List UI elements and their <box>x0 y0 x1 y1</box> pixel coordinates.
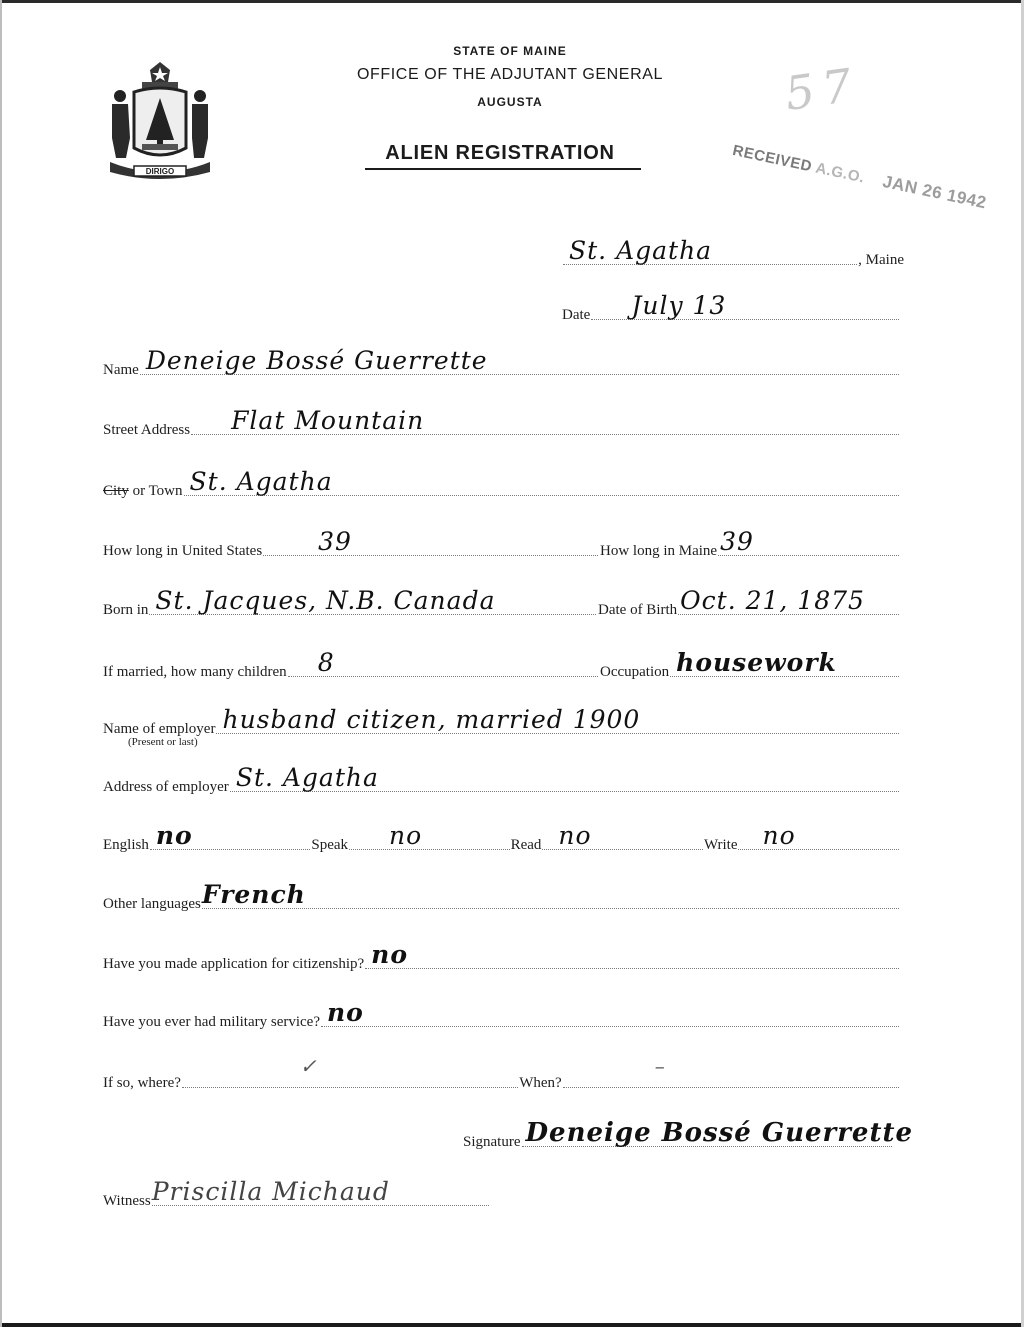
when-value: – <box>655 1051 666 1081</box>
english-value: no <box>156 821 193 851</box>
stamp-office: A.G.O. <box>814 160 866 187</box>
citizenship-value: no <box>371 940 408 970</box>
scan-edge-left <box>0 0 2 1327</box>
employer-address-label: Address of employer <box>103 779 229 795</box>
speak-value: no <box>389 821 422 851</box>
street-address-field[interactable]: Flat Mountain <box>191 418 899 435</box>
place-value: St. Agatha <box>569 236 712 266</box>
born-in-label: Born in <box>103 602 148 618</box>
date-value: July 13 <box>631 291 726 321</box>
scan-edge-bottom <box>0 1323 1024 1327</box>
city-value: St. Agatha <box>190 467 333 497</box>
employer-name-sublabel: (Present or last) <box>128 736 198 748</box>
other-languages-row: Other languages French <box>103 882 900 912</box>
file-number: 57 <box>782 57 863 121</box>
other-languages-field[interactable]: French <box>202 892 899 909</box>
employer-address-field[interactable]: St. Agatha <box>230 775 899 792</box>
name-field[interactable]: Deneige Bossé Guerrette <box>140 358 899 375</box>
signature-value: Deneige Bossé Guerrette <box>526 1118 914 1148</box>
dob-label: Date of Birth <box>598 602 677 618</box>
place-row: St. Agatha , Maine <box>562 238 904 268</box>
born-in-field[interactable]: St. Jacques, N.B. Canada <box>149 598 596 615</box>
when-field[interactable]: – <box>563 1071 899 1088</box>
when-label: When? <box>519 1075 561 1091</box>
where-field[interactable]: ✓ <box>182 1071 518 1088</box>
speak-label: Speak <box>311 837 348 853</box>
signature-field[interactable]: Deneige Bossé Guerrette <box>522 1130 893 1147</box>
where-label: If so, where? <box>103 1075 181 1091</box>
language-skills-row: English no Speak no Read no Write no <box>103 823 900 853</box>
born-in-value: St. Jacques, N.B. Canada <box>155 586 495 616</box>
occupation-field[interactable]: housework <box>670 660 899 677</box>
children-label: If married, how many children <box>103 664 287 680</box>
header-office: OFFICE OF THE ADJUTANT GENERAL <box>330 66 690 84</box>
place-suffix: , Maine <box>858 252 904 268</box>
witness-label: Witness <box>103 1193 151 1209</box>
town-label: or Town <box>129 483 183 499</box>
citizenship-field[interactable]: no <box>365 952 899 969</box>
children-row: If married, how many children 8 <box>103 650 599 680</box>
children-field[interactable]: 8 <box>288 660 598 677</box>
city-field[interactable]: St. Agatha <box>184 479 899 496</box>
dob-field[interactable]: Oct. 21, 1875 <box>678 598 899 615</box>
street-address-label: Street Address <box>103 422 190 438</box>
witness-value: Priscilla Michaud <box>152 1177 390 1207</box>
signature-row: Signature Deneige Bossé Guerrette <box>463 1120 893 1150</box>
citizenship-label: Have you made application for citizenshi… <box>103 956 364 972</box>
header-state: STATE OF MAINE <box>330 44 690 58</box>
children-value: 8 <box>318 648 335 678</box>
date-row: Date July 13 <box>562 293 900 323</box>
street-address-value: Flat Mountain <box>231 406 424 436</box>
read-label: Read <box>511 837 542 853</box>
speak-field[interactable]: no <box>349 833 510 850</box>
military-row: Have you ever had military service? no <box>103 1000 900 1030</box>
employer-name-value: husband citizen, married 1900 <box>222 705 640 735</box>
employer-address-value: St. Agatha <box>236 763 379 793</box>
witness-field[interactable]: Priscilla Michaud <box>152 1189 489 1206</box>
read-field[interactable]: no <box>542 833 703 850</box>
employer-address-row: Address of employer St. Agatha <box>103 765 900 795</box>
how-long-maine-value: 39 <box>720 527 754 557</box>
how-long-us-value: 39 <box>318 527 352 557</box>
header-city: AUGUSTA <box>330 95 690 109</box>
occupation-label: Occupation <box>600 664 669 680</box>
other-languages-value: French <box>202 880 306 910</box>
born-in-row: Born in St. Jacques, N.B. Canada <box>103 588 597 618</box>
maine-state-seal-icon: DIRIGO <box>104 58 216 186</box>
write-field[interactable]: no <box>738 833 899 850</box>
received-stamp: RECEIVED A.G.O. JAN 26 1942 <box>731 140 988 213</box>
military-value: no <box>327 998 364 1028</box>
occupation-value: housework <box>676 648 837 678</box>
how-long-maine-label: How long in Maine <box>600 543 717 559</box>
english-field[interactable]: no <box>150 833 311 850</box>
city-label: City or Town <box>103 483 183 499</box>
write-label: Write <box>704 837 738 853</box>
other-languages-label: Other languages <box>103 896 201 912</box>
street-address-row: Street Address Flat Mountain <box>103 408 900 438</box>
read-value: no <box>558 821 591 851</box>
date-field[interactable]: July 13 <box>591 303 899 320</box>
city-row: City or Town St. Agatha <box>103 469 900 499</box>
city-label-struck: City <box>103 483 129 499</box>
military-label: Have you ever had military service? <box>103 1014 320 1030</box>
svg-text:DIRIGO: DIRIGO <box>146 167 174 176</box>
occupation-row: Occupation housework <box>600 650 900 680</box>
stamp-date: JAN 26 1942 <box>881 172 988 213</box>
name-value: Deneige Bossé Guerrette <box>146 346 488 376</box>
name-label: Name <box>103 362 139 378</box>
scan-edge-top <box>0 0 1024 3</box>
how-long-us-row: How long in United States 39 <box>103 529 599 559</box>
how-long-us-field[interactable]: 39 <box>263 539 598 556</box>
write-value: no <box>762 821 795 851</box>
how-long-maine-row: How long in Maine 39 <box>600 529 900 559</box>
how-long-maine-field[interactable]: 39 <box>718 539 899 556</box>
where-when-row: If so, where? ✓ When? – <box>103 1061 900 1091</box>
date-label: Date <box>562 307 590 323</box>
employer-name-row: Name of employer husband citizen, marrie… <box>103 707 900 737</box>
employer-name-field[interactable]: husband citizen, married 1900 <box>216 717 899 734</box>
dob-row: Date of Birth Oct. 21, 1875 <box>598 588 900 618</box>
where-value: ✓ <box>300 1051 318 1081</box>
employer-name-label: Name of employer <box>103 721 215 737</box>
form-title: ALIEN REGISTRATION <box>350 142 650 165</box>
stamp-received: RECEIVED <box>731 142 813 175</box>
witness-row: Witness Priscilla Michaud <box>103 1179 490 1209</box>
place-field[interactable]: St. Agatha <box>563 248 857 265</box>
english-label: English <box>103 837 149 853</box>
military-field[interactable]: no <box>321 1010 899 1027</box>
citizenship-row: Have you made application for citizenshi… <box>103 942 900 972</box>
title-underline <box>365 168 641 170</box>
name-row: Name Deneige Bossé Guerrette <box>103 348 900 378</box>
dob-value: Oct. 21, 1875 <box>680 586 865 616</box>
signature-label: Signature <box>463 1134 521 1150</box>
how-long-us-label: How long in United States <box>103 543 262 559</box>
